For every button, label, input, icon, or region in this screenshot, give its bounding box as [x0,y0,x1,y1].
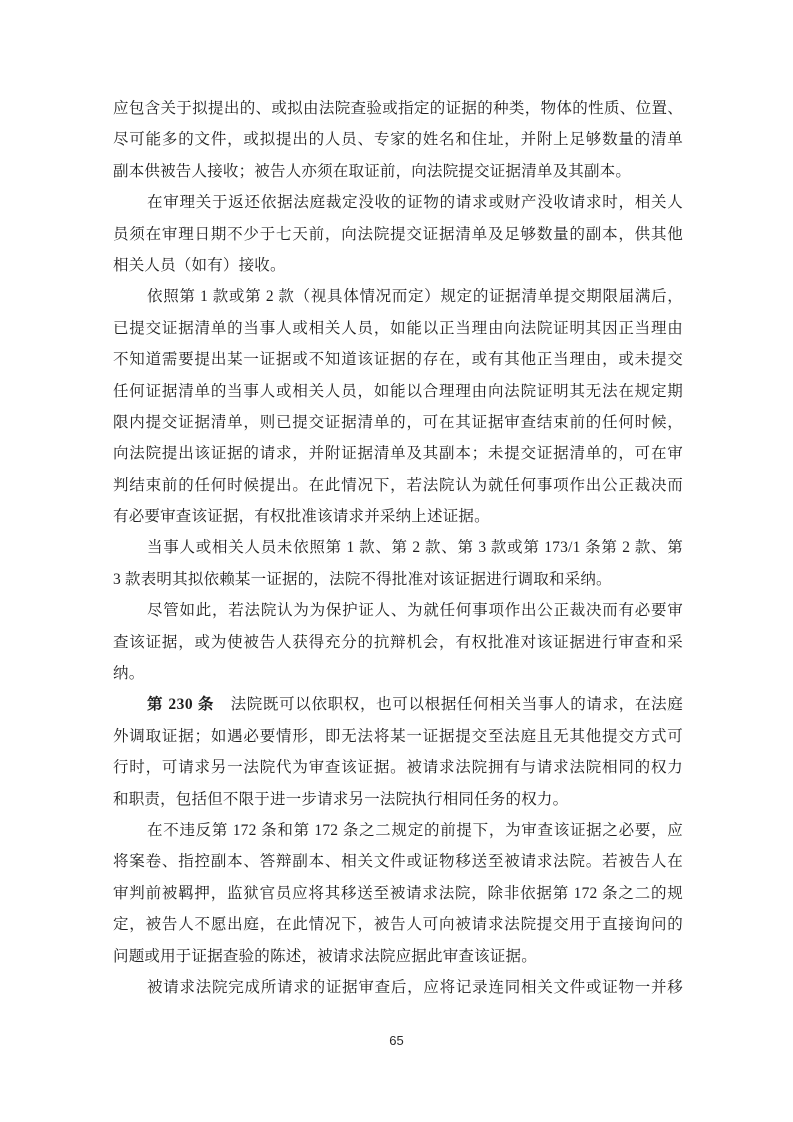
text-line: 应包含关于拟提出的、或拟由法院查验或指定的证据的种类，物体的性质、位置、 [113,93,683,124]
text-line: 相关人员（如有）接收。 [113,250,683,281]
text-line: 第 230 条 法院既可以依职权，也可以根据任何相关当事人的请求，在法庭 [113,689,683,720]
text-line: 当事人或相关人员未依照第 1 款、第 2 款、第 3 款或第 173/1 条第 … [113,532,683,563]
text-line: 查该证据，或为使被告人获得充分的抗辩机会，有权批准对该证据进行审查和采 [113,627,683,658]
text-line: 判结束前的任何时候提出。在此情况下，若法院认为就任何事项作出公正裁决而 [113,470,683,501]
paragraph: 依照第 1 款或第 2 款（视具体情况而定）规定的证据清单提交期限届满后，已提交… [113,281,683,532]
text-line: 和职责，包括但不限于进一步请求另一法院执行相同任务的权力。 [113,784,683,815]
text-line: 问题或用于证据查验的陈述，被请求法院应据此审查该证据。 [113,941,683,972]
text-line: 审判前被羁押，监狱官员应将其移送至被请求法院，除非依据第 172 条之二的规 [113,878,683,909]
text-line: 被请求法院完成所请求的证据审查后，应将记录连同相关文件或证物一并移 [113,972,683,1003]
paragraph: 当事人或相关人员未依照第 1 款、第 2 款、第 3 款或第 173/1 条第 … [113,532,683,595]
document-page: 应包含关于拟提出的、或拟由法院查验或指定的证据的种类，物体的性质、位置、尽可能多… [0,0,793,1122]
text-line: 在不违反第 172 条和第 172 条之二规定的前提下，为审查该证据之必要，应 [113,815,683,846]
text-line: 定，被告人不愿出庭，在此情况下，被告人可向被请求法院提交用于直接询问的 [113,909,683,940]
text-line: 将案卷、指控副本、答辩副本、相关文件或证物移送至被请求法院。若被告人在 [113,846,683,877]
paragraph: 尽管如此，若法院认为为保护证人、为就任何事项作出公正裁决而有必要审查该证据，或为… [113,595,683,689]
page-number: 65 [0,1033,793,1048]
text-line: 限内提交证据清单，则已提交证据清单的，可在其证据审查结束前的任何时候， [113,407,683,438]
paragraph: 被请求法院完成所请求的证据审查后，应将记录连同相关文件或证物一并移 [113,972,683,1003]
text-line: 任何证据清单的当事人或相关人员，如能以合理理由向法院证明其无法在规定期 [113,376,683,407]
text-line: 依照第 1 款或第 2 款（视具体情况而定）规定的证据清单提交期限届满后， [113,281,683,312]
text-line: 尽可能多的文件，或拟提出的人员、专家的姓名和住址，并附上足够数量的清单 [113,124,683,155]
paragraph: 第 230 条 法院既可以依职权，也可以根据任何相关当事人的请求，在法庭外调取证… [113,689,683,815]
paragraph: 应包含关于拟提出的、或拟由法院查验或指定的证据的种类，物体的性质、位置、尽可能多… [113,93,683,187]
text-line: 在审理关于返还依据法庭裁定没收的证物的请求或财产没收请求时，相关人 [113,187,683,218]
text-line: 已提交证据清单的当事人或相关人员，如能以正当理由向法院证明其因正当理由 [113,313,683,344]
text-line: 副本供被告人接收；被告人亦须在取证前，向法院提交证据清单及其副本。 [113,156,683,187]
text-line: 尽管如此，若法院认为为保护证人、为就任何事项作出公正裁决而有必要审 [113,595,683,626]
text-line: 有必要审查该证据，有权批准该请求并采纳上述证据。 [113,501,683,532]
text-line: 不知道需要提出某一证据或不知道该证据的存在，或有其他正当理由，或未提交 [113,344,683,375]
paragraph: 在不违反第 172 条和第 172 条之二规定的前提下，为审查该证据之必要，应将… [113,815,683,972]
text-line: 3 款表明其拟依赖某一证据的，法院不得批准对该证据进行调取和采纳。 [113,564,683,595]
text-line: 外调取证据；如遇必要情形，即无法将某一证据提交至法庭且无其他提交方式可 [113,721,683,752]
text-line: 行时，可请求另一法院代为审查该证据。被请求法院拥有与请求法院相同的权力 [113,752,683,783]
body-text: 应包含关于拟提出的、或拟由法院查验或指定的证据的种类，物体的性质、位置、尽可能多… [113,93,683,1003]
text-line: 纳。 [113,658,683,689]
text-line: 员须在审理日期不少于七天前，向法院提交证据清单及足够数量的副本，供其他 [113,219,683,250]
paragraph: 在审理关于返还依据法庭裁定没收的证物的请求或财产没收请求时，相关人员须在审理日期… [113,187,683,281]
text-line: 向法院提出该证据的请求，并附证据清单及其副本；未提交证据清单的，可在审 [113,438,683,469]
article-number: 第 230 条 [147,696,214,713]
